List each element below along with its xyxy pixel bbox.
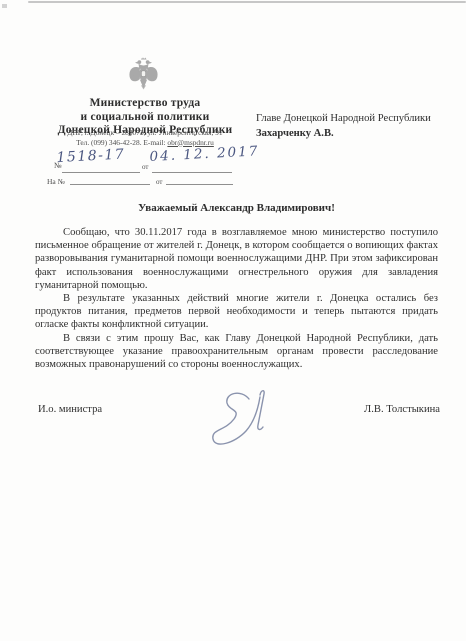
letter-body: Сообщаю, что 30.11.2017 года в возглавля… [35,226,438,371]
ministry-name-line: Министерство труда [38,97,252,111]
dnr-coat-of-arms-icon [127,55,160,95]
recipient-name: Захарченку А.В. [256,126,456,141]
ministry-name-line: и социальной политики [38,111,252,125]
signer-name: Л.В. Толстыкина [364,404,440,415]
recipient-title: Главе Донецкой Народной Республики [256,111,456,126]
body-paragraph: В связи с этим прошу Вас, как Главу Доне… [35,332,438,372]
incoming-ref-label: На № [47,177,65,186]
scanned-letter-page: Министерство труда и социальной политики… [0,0,466,641]
scan-artifact-line [28,1,466,3]
incoming-ref-blank-line [70,168,150,185]
scan-artifact-dot [2,4,7,8]
signer-position: И.о. министра [38,404,102,415]
phone-email-prefix: Тел. (099) 346-42-28. E-mail: [76,138,167,147]
reference-number-block: № от 1518-17 04. 12. 2017 На № от [40,156,245,190]
address-line: ДНР, г. Донецк – 283073, ул. Университет… [38,128,252,138]
letterhead-address-block: ДНР, г. Донецк – 283073, ул. Университет… [38,128,252,147]
recipient-block: Главе Донецкой Народной Республики Захар… [256,111,456,141]
incoming-from-label: от [156,178,162,186]
salutation: Уважаемый Александр Владимирович! [35,202,438,214]
handwritten-signature [203,383,281,447]
body-paragraph: Сообщаю, что 30.11.2017 года в возглавля… [35,226,438,292]
body-paragraph: В результате указанных действий многие ж… [35,292,438,332]
incoming-date-blank-line [166,168,233,185]
